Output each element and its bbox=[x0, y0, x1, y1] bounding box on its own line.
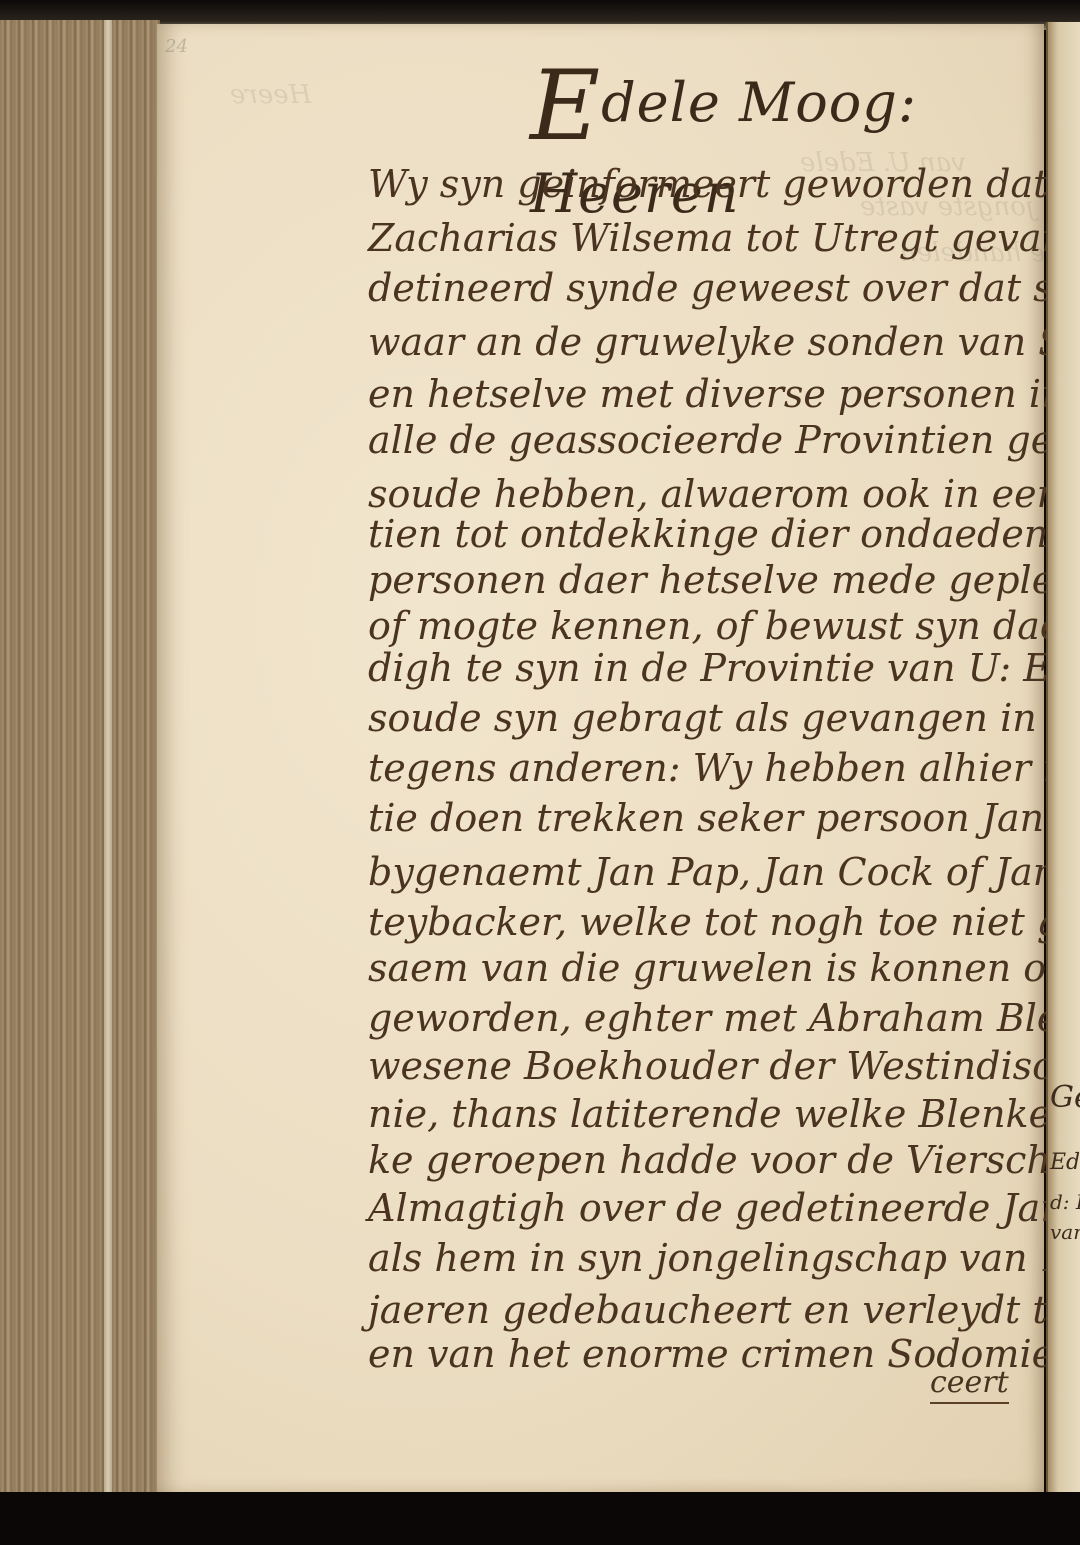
text-line: en hetselve met diverse personen in mees… bbox=[368, 374, 1080, 414]
heading-initial: E bbox=[530, 50, 601, 162]
catchword: ceert bbox=[930, 1365, 1009, 1404]
text-line: geworden, eghter met Abraham Blenke ge= bbox=[368, 998, 1080, 1038]
text-line: tien tot ontdekkinge dier ondaeden, en d… bbox=[368, 514, 1080, 554]
text-line: Wy syn geinformeert geworden dat seker bbox=[368, 164, 1080, 204]
text-line: Almagtigh over de gedetineerde Jan Ralem… bbox=[368, 1188, 1080, 1228]
text-line: digh te syn in de Provintie van U: Ed: M… bbox=[368, 648, 1080, 688]
facing-page-fragment: Ede bbox=[1050, 1150, 1080, 1175]
text-line: soude syn gebragt als gevangen in confro… bbox=[368, 698, 1080, 738]
text-line: waar an de gruwelyke sonden van Sodomie bbox=[368, 322, 1080, 362]
text-line: bygenaemt Jan Pap, Jan Cock of Jan Pas= bbox=[368, 852, 1080, 892]
fore-edge-highlight bbox=[104, 20, 112, 1495]
facing-page-fragment: Ge bbox=[1050, 1080, 1080, 1115]
facing-page-edge bbox=[1046, 22, 1080, 1492]
text-line: alle de geassocieerde Provintien geperpe… bbox=[368, 420, 1080, 460]
text-line: nie, thans latiterende welke Blenke wrae… bbox=[368, 1094, 1080, 1134]
bleed-through-text: Heere bbox=[230, 80, 311, 110]
bottom-shadow bbox=[0, 1492, 1080, 1545]
text-line: detineerd synde geweest over dat schuldi… bbox=[368, 268, 1080, 308]
text-line: saem van die gruwelen is konnen overtuig… bbox=[368, 948, 1080, 988]
text-line: jaeren gedebaucheert en verleydt te hebb… bbox=[368, 1290, 1080, 1330]
facing-page-fragment: d: H bbox=[1050, 1190, 1080, 1214]
text-line: wesene Boekhouder der Westindische Compa… bbox=[368, 1046, 1080, 1086]
text-line: teybacker, welke tot nogh toe niet genoe… bbox=[368, 902, 1080, 942]
text-line: tegens anderen: Wy hebben alhier in conf… bbox=[368, 748, 1080, 788]
facing-page-fragment: van bbox=[1050, 1220, 1080, 1244]
text-line: tie doen trekken seker persoon Jan Ralem… bbox=[368, 798, 1080, 838]
text-line: soude hebben, alwaerom ook in eenige Pro… bbox=[368, 474, 1080, 514]
folio-number: 24 bbox=[165, 36, 188, 57]
text-line: Zacharias Wilsema tot Utregt gevangen en… bbox=[368, 218, 1080, 258]
text-line: of mogte kennen, of bewust syn daer anda… bbox=[368, 606, 1080, 646]
text-line: ke geroepen hadde voor de Vierschaer van… bbox=[368, 1140, 1080, 1180]
text-line: personen daer hetselve mede gepleegt had… bbox=[368, 560, 1080, 600]
text-line: als hem in syn jongelingschap van 17 a 1… bbox=[368, 1238, 1080, 1278]
book-fore-edge bbox=[0, 20, 160, 1495]
